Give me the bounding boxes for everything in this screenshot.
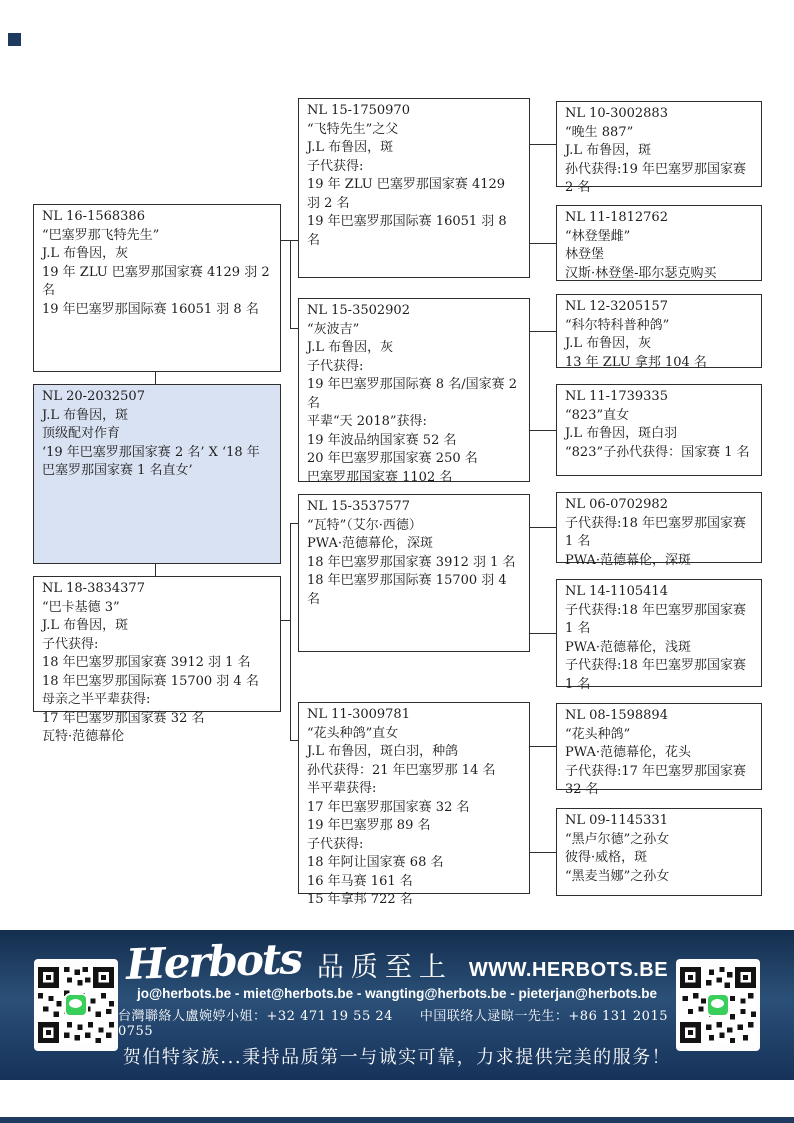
ring-number: NL 11-3009781	[307, 706, 521, 725]
pigeon-details: “花头种鸽”直女 J.L 布鲁因，斑白羽，种鸽 孙代获得：21 年巴塞罗那 14…	[307, 725, 521, 910]
ring-number: NL 12-3205157	[565, 298, 753, 317]
pigeon-details: J.L 布鲁因，斑 顶级配对作育 ‘19 年巴塞罗那国家赛 2 名’ X ‘18…	[42, 407, 272, 481]
pedigree-box-dam-dam: NL 11-3009781 “花头种鸽”直女 J.L 布鲁因，斑白羽，种鸽 孙代…	[298, 702, 530, 894]
pedigree-box-g4-6: NL 14-1105414 子代获得:18 年巴塞罗那国家赛 1 名 PWA·范…	[556, 579, 762, 687]
pedigree-box-dam: NL 18-3834377 “巴卡基德 3” J.L 布鲁因，斑 子代获得: 1…	[33, 576, 281, 712]
pigeon-details: 子代获得:18 年巴塞罗那国家赛 1 名 PWA·范德幕伦，深斑	[565, 515, 753, 571]
pedigree-box-sire-dam: NL 15-3502902 “灰波吉” J.L 布鲁因，灰 子代获得: 19 年…	[298, 298, 530, 482]
connector-line	[530, 746, 556, 747]
pedigree-box-sire: NL 16-1568386 “巴塞罗那飞特先生” J.L 布鲁因，灰 19 年 …	[33, 204, 281, 372]
pigeon-details: “瓦特”（艾尔·西德） PWA·范德幕伦，深斑 18 年巴塞罗那国家赛 3912…	[307, 517, 521, 610]
ring-number: NL 16-1568386	[42, 208, 272, 227]
pedigree-box-g4-4: NL 11-1739335 “823”直女 J.L 布鲁因，斑白羽 “823”子…	[556, 384, 762, 476]
ring-number: NL 18-3834377	[42, 580, 272, 599]
ring-number: NL 14-1105414	[565, 583, 753, 602]
ring-number: NL 15-3537577	[307, 498, 521, 517]
pedigree-box-g4-8: NL 09-1145331 “黑卢尔德”之孙女 彼得·威格，斑 “黑麦当娜”之孙…	[556, 808, 762, 896]
ring-number: NL 09-1145331	[565, 812, 753, 831]
pigeon-details: 子代获得:18 年巴塞罗那国家赛 1 名 PWA·范德幕伦，浅斑 子代获得:18…	[565, 602, 753, 695]
ring-number: NL 08-1598894	[565, 707, 753, 726]
wechat-icon	[706, 993, 730, 1017]
connector-line	[530, 243, 556, 244]
pedigree-box-sire-sire: NL 15-1750970 “飞特先生”之父 J.L 布鲁因，斑 子代获得: 1…	[298, 98, 530, 278]
ring-number: NL 11-1812762	[565, 209, 753, 228]
logo-row: Herbots 品质至上 WWW.HERBOTS.BE	[126, 941, 668, 984]
connector-line	[530, 633, 556, 634]
footer-slogan: 贺伯特家族...秉持品质第一与诚实可靠，力求提供完美的服务！	[123, 1043, 671, 1069]
connector-line	[530, 331, 556, 332]
email-addresses: jo@herbots.be - miet@herbots.be - wangti…	[137, 986, 657, 1001]
pigeon-details: “灰波吉” J.L 布鲁因，灰 子代获得: 19 年巴塞罗那国际赛 8 名/国家…	[307, 321, 521, 488]
connector-line	[530, 852, 556, 853]
ring-number: NL 15-3502902	[307, 302, 521, 321]
pigeon-details: “巴卡基德 3” J.L 布鲁因，斑 子代获得: 18 年巴塞罗那国家赛 391…	[42, 599, 272, 747]
connector-line	[290, 328, 298, 329]
pedigree-box-g4-1: NL 10-3002883 “晚生 887” J.L 布鲁因，斑 孙代获得:19…	[556, 101, 762, 187]
connector-line	[155, 372, 156, 384]
pigeon-details: “飞特先生”之父 J.L 布鲁因，斑 子代获得: 19 年 ZLU 巴塞罗那国家…	[307, 121, 521, 251]
connector-line	[290, 523, 298, 524]
footer-content: Herbots 品质至上 WWW.HERBOTS.BE jo@herbots.b…	[118, 941, 676, 1069]
quality-slogan: 品质至上	[317, 945, 453, 984]
pigeon-details: “花头种鸽” PWA·范德幕伦，花头 子代获得:17 年巴塞罗那国家赛 32 名	[565, 726, 753, 800]
contact-phones: 台灣聯絡人盧婉婷小姐：+32 471 19 55 24 中国联络人逯晾一先生：+…	[118, 1005, 676, 1039]
qr-code-line	[34, 959, 118, 1051]
pedigree-box-g4-3: NL 12-3205157 “科尔特科普种鸽” J.L 布鲁因，灰 13 年 Z…	[556, 294, 762, 368]
corner-mark	[8, 33, 21, 46]
connector-line	[530, 144, 556, 145]
ring-number: NL 10-3002883	[565, 105, 753, 124]
pedigree-box-g4-5: NL 06-0702982 子代获得:18 年巴塞罗那国家赛 1 名 PWA·范…	[556, 492, 762, 563]
connector-line	[290, 740, 298, 741]
ring-number: NL 06-0702982	[565, 496, 753, 515]
ring-number: NL 20-2032507	[42, 388, 272, 407]
connector-line	[290, 523, 291, 741]
footer-banner: Herbots 品质至上 WWW.HERBOTS.BE jo@herbots.b…	[0, 930, 794, 1080]
connector-line	[290, 240, 291, 329]
pedigree-box-main: NL 20-2032507 J.L 布鲁因，斑 顶级配对作育 ‘19 年巴塞罗那…	[33, 384, 281, 564]
connector-line	[530, 430, 556, 431]
pedigree-box-g4-7: NL 08-1598894 “花头种鸽” PWA·范德幕伦，花头 子代获得:17…	[556, 703, 762, 790]
pedigree-box-g4-2: NL 11-1812762 “林登堡雌” 林登堡 汉斯·林登堡-耶尔瑟克购买	[556, 205, 762, 281]
qr-code-wechat	[676, 959, 760, 1051]
pigeon-details: “巴塞罗那飞特先生” J.L 布鲁因，灰 19 年 ZLU 巴塞罗那国家赛 41…	[42, 227, 272, 320]
pigeon-details: “823”直女 J.L 布鲁因，斑白羽 “823”子孙代获得：国家赛 1 名	[565, 407, 753, 463]
pigeon-details: “科尔特科普种鸽” J.L 布鲁因，灰 13 年 ZLU 拿邦 104 名	[565, 317, 753, 373]
pedigree-box-dam-sire: NL 15-3537577 “瓦特”（艾尔·西德） PWA·范德幕伦，深斑 18…	[298, 494, 530, 652]
pigeon-details: “黑卢尔德”之孙女 彼得·威格，斑 “黑麦当娜”之孙女	[565, 831, 753, 887]
ring-number: NL 11-1739335	[565, 388, 753, 407]
ring-number: NL 15-1750970	[307, 102, 521, 121]
line-icon	[64, 993, 88, 1017]
connector-line	[281, 620, 290, 621]
herbots-logo: Herbots	[125, 938, 301, 986]
connector-line	[155, 564, 156, 576]
connector-line	[530, 527, 556, 528]
website-url: WWW.HERBOTS.BE	[469, 959, 668, 982]
pigeon-details: “林登堡雌” 林登堡 汉斯·林登堡-耶尔瑟克购买	[565, 228, 753, 284]
pigeon-details: “晚生 887” J.L 布鲁因，斑 孙代获得:19 年巴塞罗那国家赛 2 名	[565, 124, 753, 198]
bottom-edge-strip	[0, 1117, 794, 1123]
